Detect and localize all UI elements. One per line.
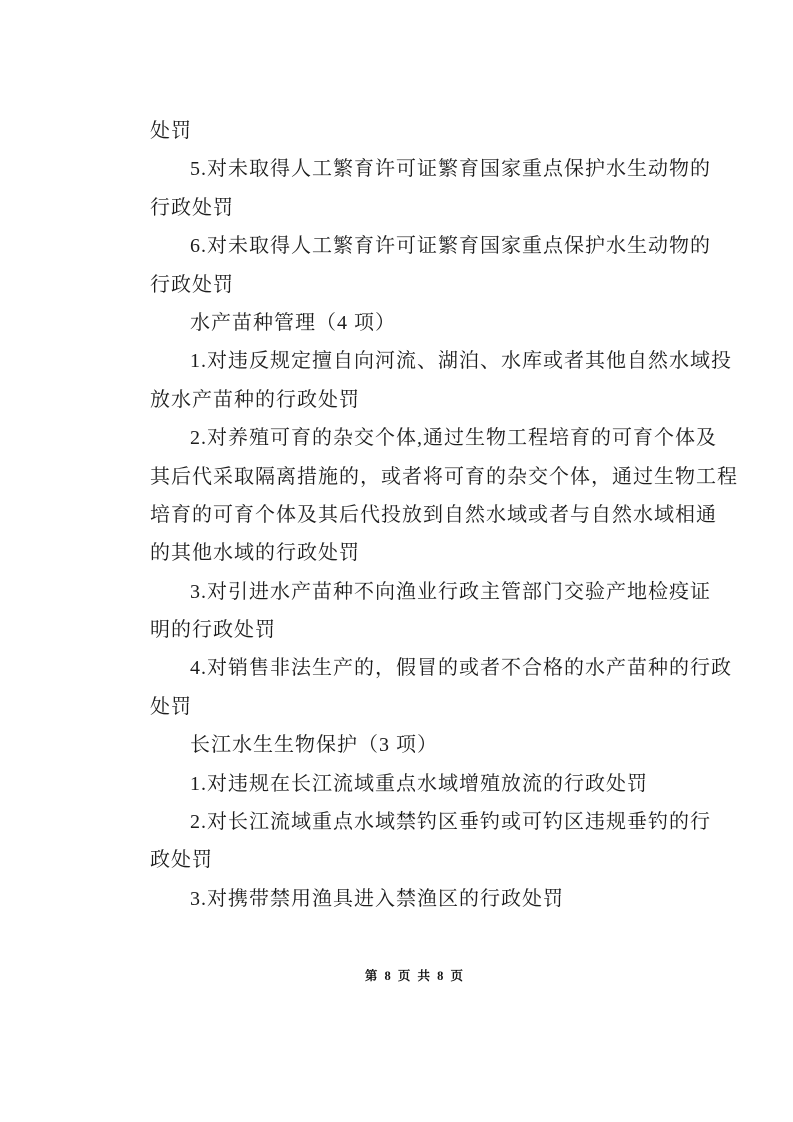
- document-line: 1.对违反规定擅自向河流、湖泊、水库或者其他自然水域投: [150, 342, 680, 380]
- page-number-footer: 第 8 页 共 8 页: [150, 966, 680, 984]
- document-line: 6.对未取得人工繁育许可证繁育国家重点保护水生动物的: [150, 227, 680, 265]
- document-line: 处罚: [150, 112, 680, 150]
- document-line: 明的行政处罚: [150, 611, 680, 649]
- document-line: 长江水生生物保护（3 项）: [150, 726, 680, 764]
- document-line: 行政处罚: [150, 266, 680, 304]
- document-line: 其后代采取隔离措施的，或者将可育的杂交个体，通过生物工程: [150, 458, 680, 496]
- document-line: 放水产苗种的行政处罚: [150, 381, 680, 419]
- document-line: 3.对携带禁用渔具进入禁渔区的行政处罚: [150, 880, 680, 918]
- document-line: 培育的可育个体及其后代投放到自然水域或者与自然水域相通: [150, 496, 680, 534]
- document-line: 政处罚: [150, 841, 680, 879]
- document-line: 的其他水域的行政处罚: [150, 534, 680, 572]
- document-line: 1.对违规在长江流域重点水域增殖放流的行政处罚: [150, 765, 680, 803]
- document-page: 处罚5.对未取得人工繁育许可证繁育国家重点保护水生动物的行政处罚6.对未取得人工…: [0, 0, 793, 1122]
- document-line: 4.对销售非法生产的，假冒的或者不合格的水产苗种的行政: [150, 649, 680, 687]
- document-line: 处罚: [150, 688, 680, 726]
- document-line: 3.对引进水产苗种不向渔业行政主管部门交验产地检疫证: [150, 573, 680, 611]
- document-line: 2.对养殖可育的杂交个体,通过生物工程培育的可育个体及: [150, 419, 680, 457]
- document-line: 2.对长江流域重点水域禁钓区垂钓或可钓区违规垂钓的行: [150, 803, 680, 841]
- document-body: 处罚5.对未取得人工繁育许可证繁育国家重点保护水生动物的行政处罚6.对未取得人工…: [150, 112, 680, 918]
- document-line: 行政处罚: [150, 189, 680, 227]
- document-line: 5.对未取得人工繁育许可证繁育国家重点保护水生动物的: [150, 150, 680, 188]
- document-line: 水产苗种管理（4 项）: [150, 304, 680, 342]
